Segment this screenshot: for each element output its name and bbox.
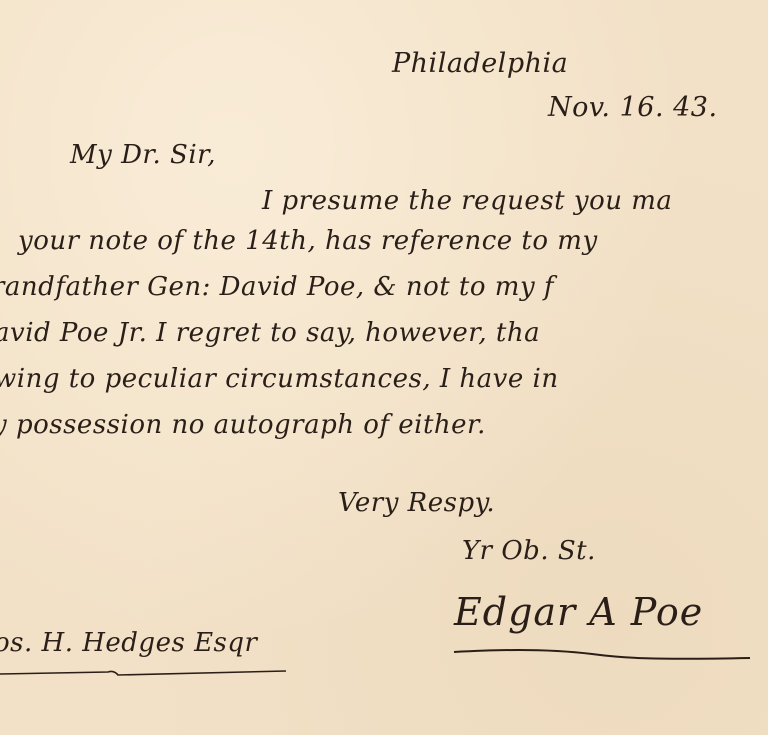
letter-page: Philadelphia Nov. 16. 43. My Dr. Sir, I … — [0, 0, 768, 735]
signature-flourish — [452, 644, 752, 666]
body-line: randfather Gen: David Poe, & not to my f — [0, 272, 554, 302]
letter-closing: Very Respy. — [338, 488, 495, 518]
body-line: y possession no autograph of either. — [0, 410, 486, 440]
body-line: avid Poe Jr. I regret to say, however, t… — [0, 318, 540, 348]
addressee: os. H. Hedges Esqr — [0, 628, 257, 658]
addressee-underline — [0, 666, 290, 680]
body-line: your note of the 14th, has reference to … — [18, 226, 598, 256]
letter-salutation: My Dr. Sir, — [70, 140, 216, 170]
body-line: wing to peculiar circumstances, I have i… — [0, 364, 559, 394]
letter-date: Nov. 16. 43. — [548, 92, 718, 123]
letter-place: Philadelphia — [392, 48, 568, 79]
signature: Edgar A Poe — [454, 590, 703, 634]
body-line: I presume the request you ma — [262, 186, 672, 216]
letter-closing-servant: Yr Ob. St. — [462, 536, 596, 566]
